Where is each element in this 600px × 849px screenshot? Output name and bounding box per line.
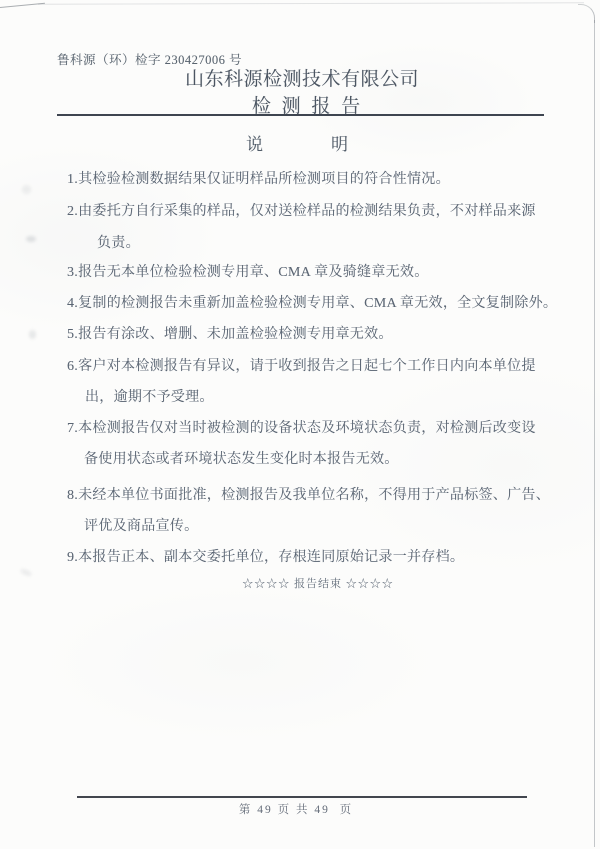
note-line: 7.本检测报告仅对当时被检测的设备状态及环境状态负责，对检测后改变设 [67, 417, 536, 437]
note-line: 评优及商品宣传。 [84, 515, 198, 535]
note-line: 4.复制的检测报告未重新加盖检验检测专用章、CMA 章无效，全文复制除外。 [67, 292, 557, 312]
note-line: 8.未经本单位书面批准，检测报告及我单位名称，不得用于产品标签、广告、 [67, 484, 550, 504]
page-number: 第 49 页 共 49 页 [239, 801, 353, 817]
section-title: 说 明 [246, 130, 348, 155]
note-line: 出，逾期不予受理。 [85, 386, 214, 406]
paper-top-edge [38, 2, 584, 4]
paper-right-edge [594, 20, 595, 847]
note-line: 9.本报告正本、副本交委托单位，存根连同原始记录一并存档。 [67, 546, 464, 566]
paper-top-left-edge [0, 3, 45, 9]
scan-smudge [29, 330, 36, 339]
report-page: 鲁科源（环）检字 230427006 号 山东科源检测技术有限公司 检 测 报 … [0, 0, 600, 849]
footer-divider [77, 796, 527, 798]
report-end-marker: ☆☆☆☆ 报告结束 ☆☆☆☆ [242, 575, 394, 591]
header-divider [57, 114, 544, 116]
note-line: 5.报告有涂改、增删、未加盖检验检测专用章无效。 [67, 323, 393, 343]
note-line: 负责。 [97, 232, 140, 252]
note-line: 3.报告无本单位检验检测专用章、CMA 章及骑缝章无效。 [67, 261, 429, 281]
paper-top-right-corner [578, 4, 595, 23]
company-name: 山东科源检测技术有限公司 [185, 64, 419, 91]
note-line: 1.其检验检测数据结果仅证明样品所检测项目的符合性情况。 [67, 168, 450, 188]
note-line: 备使用状态或者环境状态发生变化时本报告无效。 [84, 448, 399, 468]
scan-smudge [22, 185, 31, 194]
scan-smudge [20, 568, 33, 577]
scan-smudge [26, 236, 36, 242]
note-line: 2.由委托方自行采集的样品，仅对送检样品的检测结果负责，不对样品来源 [67, 200, 536, 220]
note-line: 6.客户对本检测报告有异议，请于收到报告之日起七个工作日内向本单位提 [67, 355, 536, 375]
